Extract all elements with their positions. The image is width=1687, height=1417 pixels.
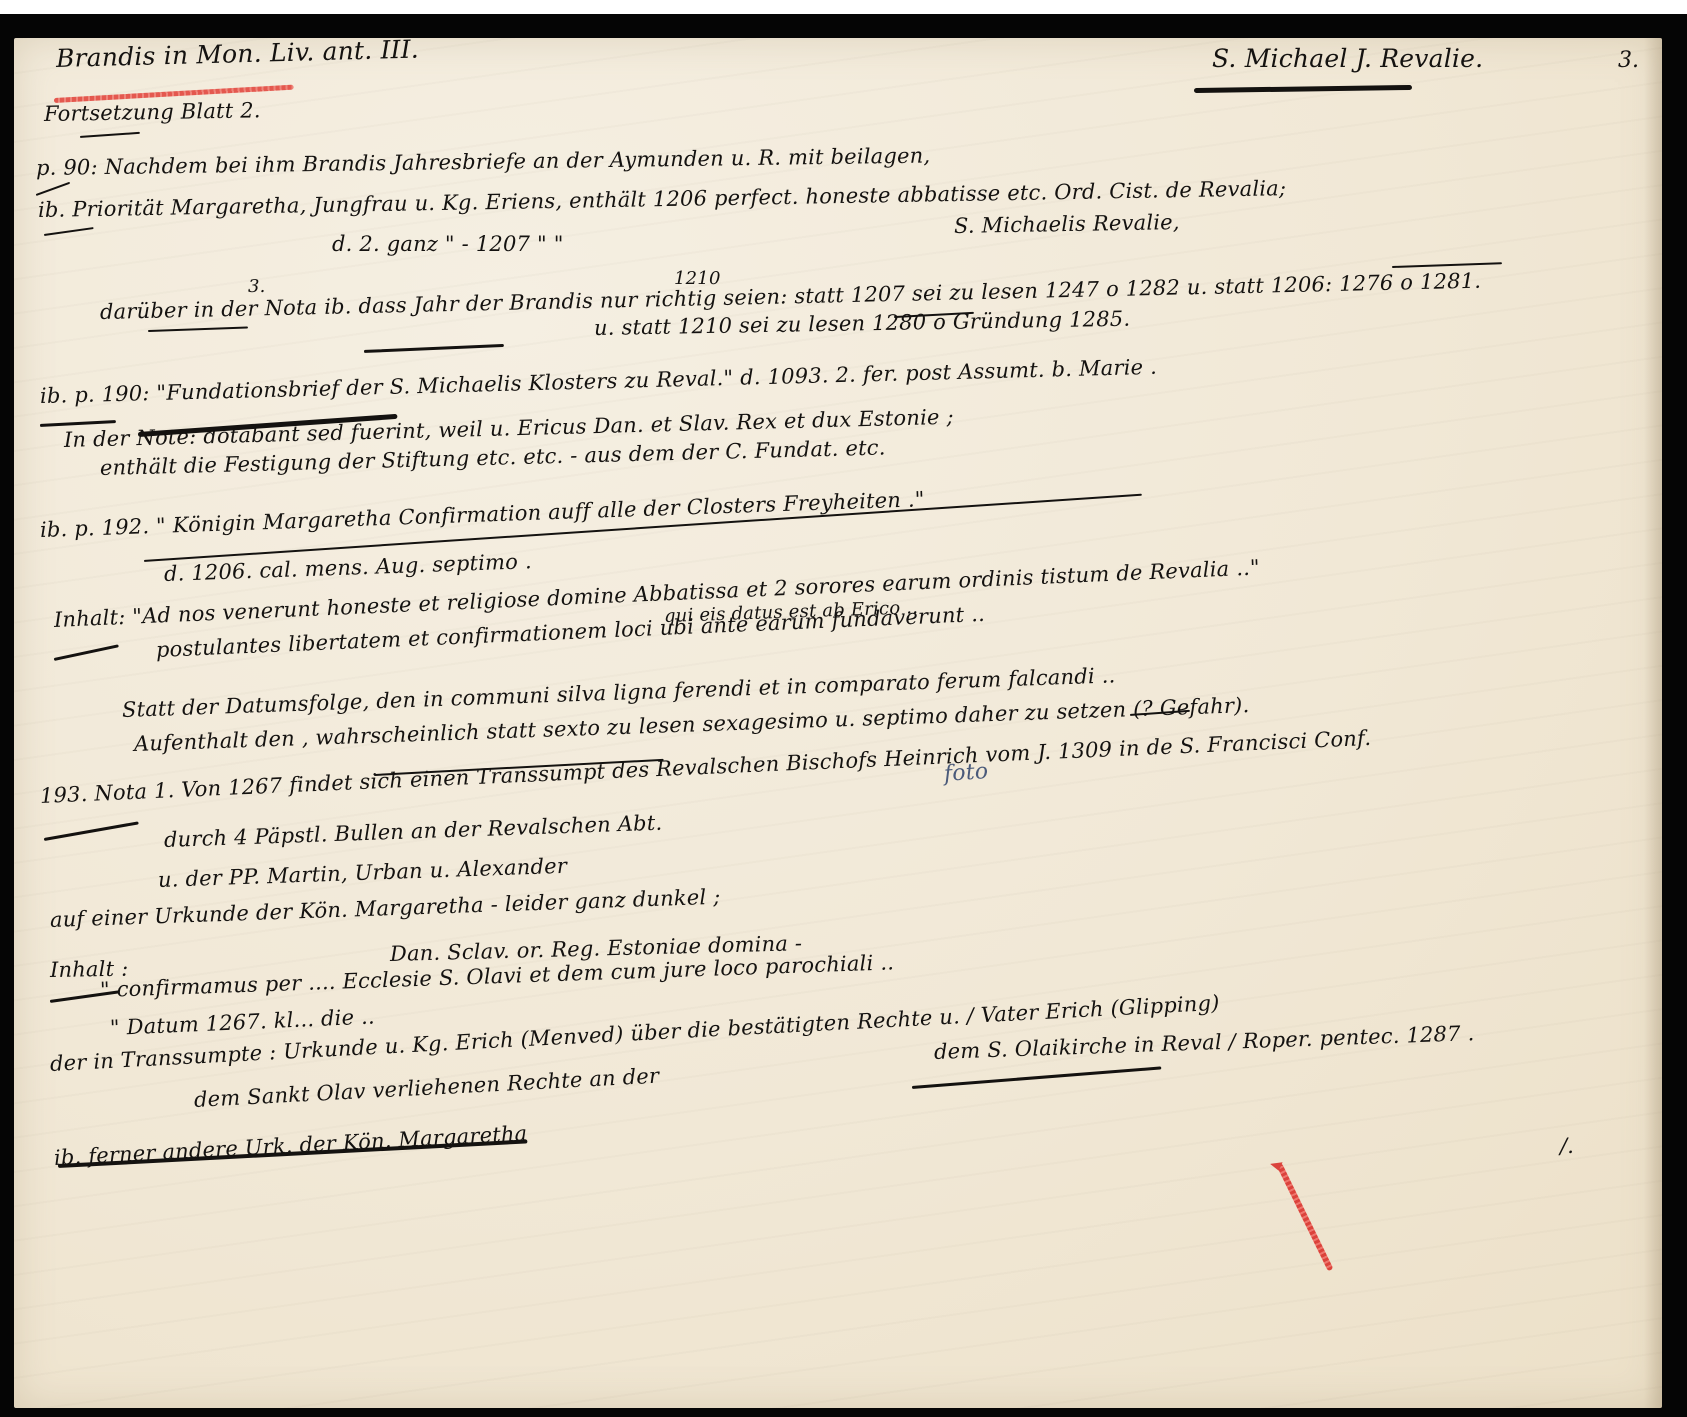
manuscript-line: d. 2. ganz " - 1207 " " [332, 232, 564, 256]
red-pencil-tick [1276, 1163, 1333, 1272]
manuscript-line: ib. p. 190: "Fundationsbrief der S. Mich… [40, 355, 1158, 408]
manuscript-line: " Datum 1267. kl... die .. [109, 1004, 375, 1040]
pencil-annotation: foto [943, 759, 989, 787]
manuscript-line: dem S. Olaikirche in Reval / Roper. pent… [934, 1021, 1475, 1064]
manuscript-line: durch 4 Päpstl. Bullen an der Revalschen… [164, 811, 663, 852]
scan-background: Brandis in Mon. Liv. ant. III. S. Michae… [0, 14, 1687, 1417]
manuscript-line: ib. p. 192. " Königin Margaretha Confirm… [40, 487, 925, 542]
manuscript-line: 3. [248, 276, 266, 297]
manuscript-line: p. 90: Nachdem bei ihm Brandis Jahresbri… [36, 144, 931, 180]
manuscript-line: Fortsetzung Blatt 2. [44, 98, 261, 126]
header-left-title: Brandis in Mon. Liv. ant. III. [56, 35, 420, 73]
marginal-mark: /. [1560, 1134, 1574, 1158]
manuscript-line: u. der PP. Martin, Urban u. Alexander [158, 854, 568, 892]
line-underline [44, 821, 139, 841]
page-number: 3. [1618, 48, 1639, 73]
line-underline [44, 227, 94, 236]
header-right-title: S. Michael J. Revalie. [1212, 44, 1483, 73]
manuscript-line: u. statt 1210 sei zu lesen 1280 o Gründu… [594, 307, 1131, 340]
line-underline [1392, 262, 1502, 268]
header-right-underline [1194, 85, 1412, 93]
manuscript-line: S. Michaelis Revalie, [954, 210, 1180, 238]
manuscript-sheet: Brandis in Mon. Liv. ant. III. S. Michae… [14, 38, 1662, 1408]
line-underline [912, 1066, 1161, 1089]
line-underline [36, 182, 71, 196]
manuscript-line: auf einer Urkunde der Kön. Margaretha - … [50, 885, 721, 932]
line-underline [148, 327, 248, 332]
manuscript-line: dem Sankt Olav verliehenen Rechte an der [193, 1064, 659, 1112]
line-underline [80, 132, 140, 138]
line-underline [364, 344, 504, 353]
line-underline [54, 644, 119, 661]
sheet-edge-shadow [1644, 38, 1662, 1408]
